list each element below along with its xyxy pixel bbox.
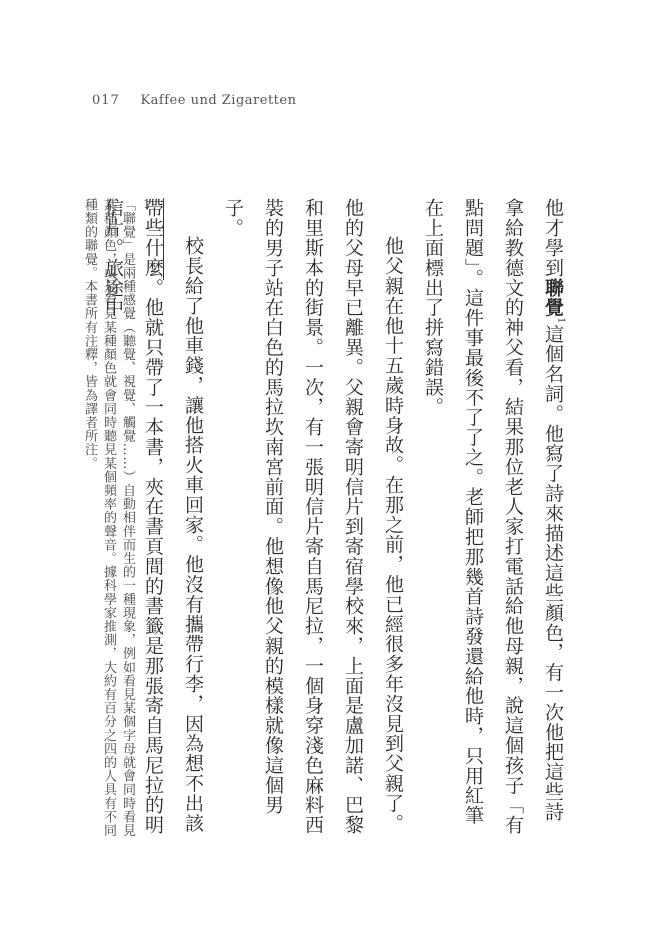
footnotes: 1 「聯覺」是兩種感覺（聽覺、視覺、觸覺……）自動相伴而生的一種現象，例如看見某… [80,198,156,838]
paragraph-1-lead: 他才學到 [542,198,564,278]
running-title: Kaffee und Zigaretten [140,93,296,108]
footnote-line: 「聯覺」是兩種感覺（聽覺、視覺、觸覺……）自動相伴而生的一種現象，例如看見某個字… [118,198,137,838]
footnote-line: 某種顏色，或是看見某種顏色就會同時聽見某個頻率的聲音。據科學家推測，大約有百分之… [99,198,118,838]
footnote-number: 1 [137,198,156,832]
running-head: 017 Kaffee und Zigaretten [92,93,296,108]
footnote-divider [163,198,164,280]
paragraph-1: 他才學到聯覺1這個名詞。他寫了詩來描述這些顏色，有一次他把這些詩拿給教德文的神父… [413,198,573,838]
body-text: 他才學到聯覺1這個名詞。他寫了詩來描述這些顏色，有一次他把這些詩拿給教德文的神父… [93,198,573,838]
glossary-term: 聯覺 [542,278,564,318]
page-number: 017 [92,93,120,108]
paragraph-2: 他父親在他十五歲時身故。在那之前，他已經很多年沒見到父親了。他的父母早已離異。父… [213,198,413,838]
footnote-line: 種類的聯覺。本書所有注釋，皆為譯者所注。 [80,198,99,838]
